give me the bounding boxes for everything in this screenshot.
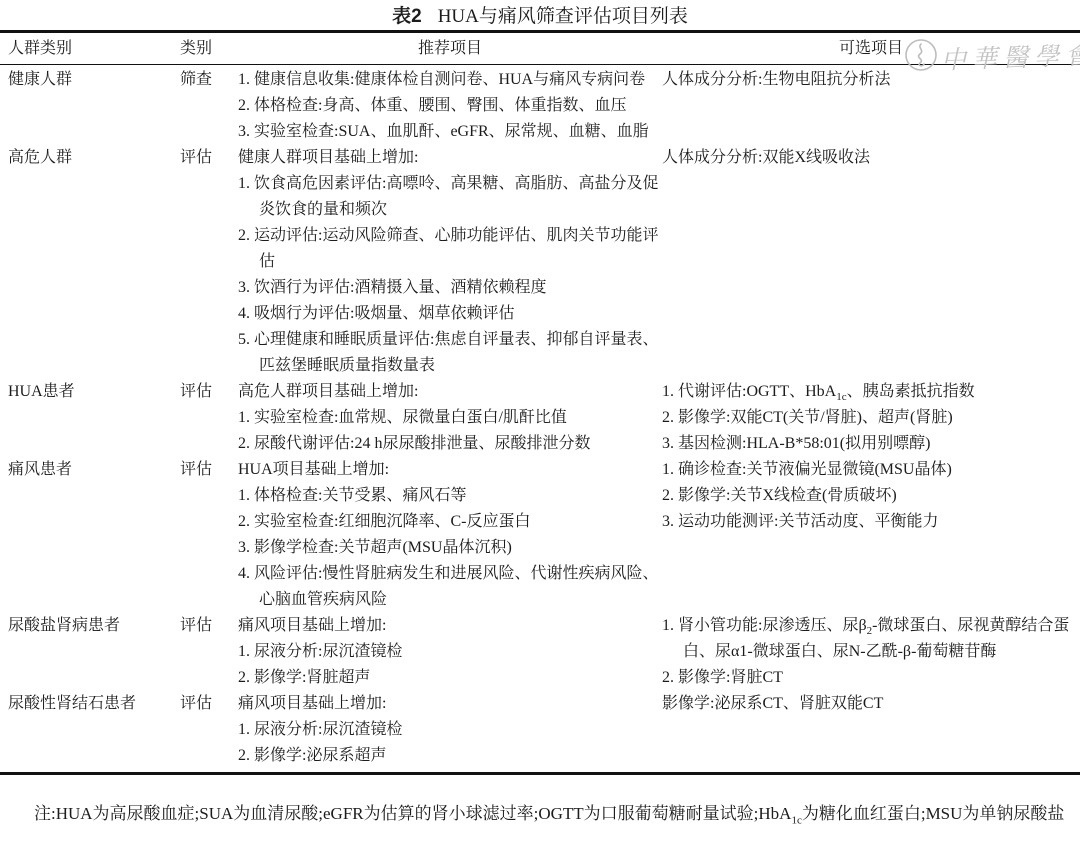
optional-cell: 1. 确诊检查:关节液偏光显微镜(MSU晶体) 2. 影像学:关节X线检查(骨质…: [662, 457, 1080, 613]
list-item: 痛风项目基础上增加:: [238, 691, 662, 717]
list-item: 1. 肾小管功能:尿渗透压、尿β2-微球蛋白、尿视黄醇结合蛋白、尿α1-微球蛋白…: [662, 613, 1080, 665]
list-item: 2. 影像学:双能CT(关节/肾脏)、超声(肾脏): [662, 405, 1080, 431]
list-item: 影像学:泌尿系CT、肾脏双能CT: [662, 691, 1080, 717]
list-item: 1. 体格检查:关节受累、痛风石等: [238, 483, 662, 509]
list-item: 1. 健康信息收集:健康体检自测问卷、HUA与痛风专病问卷: [238, 67, 662, 93]
list-item: 1. 实验室检查:血常规、尿微量白蛋白/肌酐比值: [238, 405, 662, 431]
list-item: 2. 影像学:肾脏CT: [662, 665, 1080, 691]
header-optional: 可选项目: [662, 36, 1080, 62]
table-title-text: HUA与痛风筛查评估项目列表: [438, 6, 688, 27]
table-row-hua-patients: HUA患者 评估 高危人群项目基础上增加: 1. 实验室检查:血常规、尿微量白蛋…: [0, 379, 1080, 457]
list-item: 人体成分分析:双能X线吸收法: [662, 145, 1080, 171]
list-item: 人体成分分析:生物电阻抗分析法: [662, 67, 1080, 93]
list-item: 3. 实验室检查:SUA、血肌酐、eGFR、尿常规、血糖、血脂: [238, 119, 662, 145]
table-footnote: 注:HUA为高尿酸血症;SUA为血清尿酸;eGFR为估算的肾小球滤过率;OGTT…: [0, 799, 1080, 829]
category-cell: 筛查: [180, 67, 238, 145]
recommended-cell: 高危人群项目基础上增加: 1. 实验室检查:血常规、尿微量白蛋白/肌酐比值 2.…: [238, 379, 662, 457]
list-item: 5. 心理健康和睡眠质量评估:焦虑自评量表、抑郁自评量表、匹兹堡睡眠质量指数量表: [238, 327, 662, 379]
header-population: 人群类别: [0, 36, 180, 62]
category-cell: 评估: [180, 691, 238, 769]
category-cell: 评估: [180, 379, 238, 457]
list-item: 1. 饮食高危因素评估:高嘌呤、高果糖、高脂肪、高盐分及促炎饮食的量和频次: [238, 171, 662, 223]
table-body: 健康人群 筛查 1. 健康信息收集:健康体检自测问卷、HUA与痛风专病问卷 2.…: [0, 65, 1080, 772]
list-item: 2. 体格检查:身高、体重、腰围、臀围、体重指数、血压: [238, 93, 662, 119]
table-number: 表2: [392, 6, 422, 27]
list-item: 2. 实验室检查:红细胞沉降率、C-反应蛋白: [238, 509, 662, 535]
list-item: 1. 尿液分析:尿沉渣镜检: [238, 639, 662, 665]
category-cell: 评估: [180, 613, 238, 691]
list-item: 1. 确诊检查:关节液偏光显微镜(MSU晶体): [662, 457, 1080, 483]
list-item: 2. 影像学:关节X线检查(骨质破坏): [662, 483, 1080, 509]
recommended-cell: 痛风项目基础上增加: 1. 尿液分析:尿沉渣镜检 2. 影像学:肾脏超声: [238, 613, 662, 691]
optional-cell: 1. 肾小管功能:尿渗透压、尿β2-微球蛋白、尿视黄醇结合蛋白、尿α1-微球蛋白…: [662, 613, 1080, 691]
list-item: 1. 尿液分析:尿沉渣镜检: [238, 717, 662, 743]
category-cell: 评估: [180, 145, 238, 379]
list-item: 1. 代谢评估:OGTT、HbA1c、胰岛素抵抗指数: [662, 379, 1080, 405]
recommended-cell: 1. 健康信息收集:健康体检自测问卷、HUA与痛风专病问卷 2. 体格检查:身高…: [238, 67, 662, 145]
list-item: 2. 影像学:泌尿系超声: [238, 743, 662, 769]
table-title: 表2HUA与痛风筛查评估项目列表: [0, 5, 1080, 29]
population-cell: HUA患者: [0, 379, 180, 457]
optional-cell: 人体成分分析:双能X线吸收法: [662, 145, 1080, 379]
document-page: 表2HUA与痛风筛查评估项目列表 中華醫學會 人群类别 类别 推荐项目 可选项目…: [0, 0, 1080, 858]
list-item: 2. 尿酸代谢评估:24 h尿尿酸排泄量、尿酸排泄分数: [238, 431, 662, 457]
table-row-gout-patients: 痛风患者 评估 HUA项目基础上增加: 1. 体格检查:关节受累、痛风石等 2.…: [0, 457, 1080, 613]
optional-cell: 1. 代谢评估:OGTT、HbA1c、胰岛素抵抗指数 2. 影像学:双能CT(关…: [662, 379, 1080, 457]
table-row-high-risk: 高危人群 评估 健康人群项目基础上增加: 1. 饮食高危因素评估:高嘌呤、高果糖…: [0, 145, 1080, 379]
optional-cell: 人体成分分析:生物电阻抗分析法: [662, 67, 1080, 145]
table-row-uric-acid-stones: 尿酸性肾结石患者 评估 痛风项目基础上增加: 1. 尿液分析:尿沉渣镜检 2. …: [0, 691, 1080, 769]
table-row-urate-nephropathy: 尿酸盐肾病患者 评估 痛风项目基础上增加: 1. 尿液分析:尿沉渣镜检 2. 影…: [0, 613, 1080, 691]
recommended-cell: 痛风项目基础上增加: 1. 尿液分析:尿沉渣镜检 2. 影像学:泌尿系超声: [238, 691, 662, 769]
header-recommended: 推荐项目: [238, 36, 662, 62]
recommended-cell: 健康人群项目基础上增加: 1. 饮食高危因素评估:高嘌呤、高果糖、高脂肪、高盐分…: [238, 145, 662, 379]
list-item: 健康人群项目基础上增加:: [238, 145, 662, 171]
category-cell: 评估: [180, 457, 238, 613]
header-category: 类别: [180, 36, 238, 62]
screening-assessment-table: 人群类别 类别 推荐项目 可选项目 健康人群 筛查 1. 健康信息收集:健康体检…: [0, 30, 1080, 775]
population-cell: 高危人群: [0, 145, 180, 379]
list-item: 4. 风险评估:慢性肾脏病发生和进展风险、代谢性疾病风险、心脑血管疾病风险: [238, 561, 662, 613]
population-cell: 健康人群: [0, 67, 180, 145]
population-cell: 痛风患者: [0, 457, 180, 613]
list-item: HUA项目基础上增加:: [238, 457, 662, 483]
list-item: 2. 影像学:肾脏超声: [238, 665, 662, 691]
population-cell: 尿酸盐肾病患者: [0, 613, 180, 691]
list-item: 3. 基因检测:HLA-B*58:01(拟用别嘌醇): [662, 431, 1080, 457]
list-item: 3. 影像学检查:关节超声(MSU晶体沉积): [238, 535, 662, 561]
list-item: 2. 运动评估:运动风险筛查、心肺功能评估、肌肉关节功能评估: [238, 223, 662, 275]
optional-cell: 影像学:泌尿系CT、肾脏双能CT: [662, 691, 1080, 769]
table-row-healthy: 健康人群 筛查 1. 健康信息收集:健康体检自测问卷、HUA与痛风专病问卷 2.…: [0, 67, 1080, 145]
recommended-cell: HUA项目基础上增加: 1. 体格检查:关节受累、痛风石等 2. 实验室检查:红…: [238, 457, 662, 613]
list-item: 4. 吸烟行为评估:吸烟量、烟草依赖评估: [238, 301, 662, 327]
population-cell: 尿酸性肾结石患者: [0, 691, 180, 769]
list-item: 痛风项目基础上增加:: [238, 613, 662, 639]
list-item: 3. 饮酒行为评估:酒精摄入量、酒精依赖程度: [238, 275, 662, 301]
table-header-row: 人群类别 类别 推荐项目 可选项目: [0, 33, 1080, 65]
list-item: 高危人群项目基础上增加:: [238, 379, 662, 405]
list-item: 3. 运动功能测评:关节活动度、平衡能力: [662, 509, 1080, 535]
